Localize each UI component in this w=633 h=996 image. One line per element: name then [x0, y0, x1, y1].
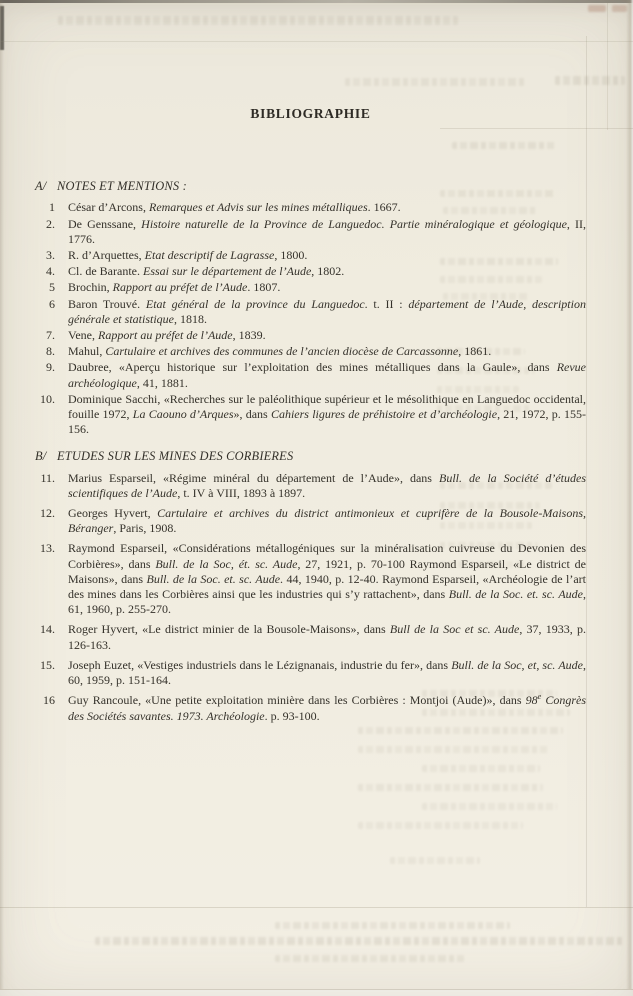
entry-text: Raymond Esparseil, «Considérations métal… — [68, 541, 586, 617]
bib-entry: 12.Georges Hyvert, Cartulaire et archive… — [35, 506, 586, 536]
entry-text: Cl. de Barante. Essai sur le département… — [68, 264, 586, 279]
bib-entry: 4.Cl. de Barante. Essai sur le départeme… — [35, 264, 586, 279]
bib-entry: 6Baron Trouvé. Etat général de la provin… — [35, 297, 586, 327]
bibliography-section: B/ETUDES SUR LES MINES DES CORBIERES11.M… — [35, 449, 586, 723]
bib-entry: 15.Joseph Euzet, «Vestiges industriels d… — [35, 658, 586, 688]
bleed-through-text — [358, 784, 543, 791]
entry-number: 13. — [35, 541, 55, 617]
page-title: BIBLIOGRAPHIE — [35, 106, 586, 121]
entry-text: Baron Trouvé. Etat général de la provinc… — [68, 297, 586, 327]
bib-entry: 11.Marius Esparseil, «Régime minéral du … — [35, 471, 586, 501]
entry-text: Georges Hyvert, Cartulaire et archives d… — [68, 506, 586, 536]
entry-number: 16 — [35, 693, 55, 723]
scan-right-edge — [626, 0, 633, 996]
entry-text: De Genssane, Histoire naturelle de la Pr… — [68, 217, 586, 247]
bib-entry: 16Guy Rancoule, «Une petite exploitation… — [35, 693, 586, 723]
entry-number: 2. — [35, 217, 55, 247]
bib-entry: 2.De Genssane, Histoire naturelle de la … — [35, 217, 586, 247]
section-label: B/ — [35, 449, 55, 464]
entry-text: Joseph Euzet, «Vestiges industriels dans… — [68, 658, 586, 688]
bleed-through-text — [58, 16, 458, 25]
section-title: ETUDES SUR LES MINES DES CORBIERES — [57, 449, 293, 463]
bib-entry: 10.Dominique Sacchi, «Recherches sur le … — [35, 392, 586, 438]
entry-number: 4. — [35, 264, 55, 279]
bib-entry: 13.Raymond Esparseil, «Considérations mé… — [35, 541, 586, 617]
bleed-through-footnote — [275, 955, 465, 962]
section-label: A/ — [35, 179, 55, 194]
entry-number: 6 — [35, 297, 55, 327]
entry-number: 10. — [35, 392, 55, 438]
entry-text: Marius Esparseil, «Régime minéral du dép… — [68, 471, 586, 501]
scan-top-edge — [0, 0, 633, 3]
bleed-rule-line — [0, 41, 633, 42]
bleed-through-text — [345, 78, 525, 86]
entry-text: César d’Arcons, Remarques et Advis sur l… — [68, 200, 586, 215]
bleed-through-mark — [588, 5, 606, 12]
bleed-rule-line — [586, 36, 587, 907]
entry-number: 8. — [35, 344, 55, 359]
bib-entry: 7.Vene, Rapport au préfet de l’Aude, 183… — [35, 328, 586, 343]
entry-text: Brochin, Rapport au préfet de l’Aude. 18… — [68, 280, 586, 295]
bib-entry: 8.Mahul, Cartulaire et archives des comm… — [35, 344, 586, 359]
entry-number: 14. — [35, 622, 55, 652]
bleed-through-text — [390, 857, 480, 864]
bleed-through-footnote — [275, 922, 510, 929]
bleed-through-footnote — [95, 937, 625, 945]
bib-entry: 5Brochin, Rapport au préfet de l’Aude. 1… — [35, 280, 586, 295]
entry-number: 15. — [35, 658, 55, 688]
section-heading: B/ETUDES SUR LES MINES DES CORBIERES — [35, 449, 586, 464]
bleed-through-mark — [612, 5, 627, 12]
entry-number: 7. — [35, 328, 55, 343]
bleed-through-text — [422, 765, 540, 772]
entry-text: Dominique Sacchi, «Recherches sur le pal… — [68, 392, 586, 438]
bib-entry: 14.Roger Hyvert, «Le district minier de … — [35, 622, 586, 652]
entry-text: Guy Rancoule, «Une petite exploitation m… — [68, 693, 586, 723]
bibliography-section: A/NOTES ET MENTIONS :1César d’Arcons, Re… — [35, 179, 586, 437]
section-heading: A/NOTES ET MENTIONS : — [35, 179, 586, 194]
entry-text: Daubree, «Aperçu historique sur l’exploi… — [68, 360, 586, 390]
entry-number: 3. — [35, 248, 55, 263]
entry-text: Vene, Rapport au préfet de l’Aude, 1839. — [68, 328, 586, 343]
entry-number: 12. — [35, 506, 55, 536]
section-title: NOTES ET MENTIONS : — [57, 179, 187, 193]
entry-text: R. d’Arquettes, Etat descriptif de Lagra… — [68, 248, 586, 263]
bleed-rule-line — [607, 3, 608, 130]
bleed-through-text — [555, 76, 625, 85]
bib-entry: 9.Daubree, «Aperçu historique sur l’expl… — [35, 360, 586, 390]
scanned-book-page: BIBLIOGRAPHIE A/NOTES ET MENTIONS :1Césa… — [0, 0, 633, 996]
bleed-rule-line — [0, 907, 633, 908]
entry-text: Roger Hyvert, «Le district minier de la … — [68, 622, 586, 652]
entry-number: 5 — [35, 280, 55, 295]
entry-text: Mahul, Cartulaire et archives des commun… — [68, 344, 586, 359]
bib-entry: 1César d’Arcons, Remarques et Advis sur … — [35, 200, 586, 215]
scan-bottom-edge — [0, 989, 633, 996]
bleed-through-text — [422, 803, 557, 810]
bleed-through-text — [358, 746, 550, 753]
bibliography-sections: A/NOTES ET MENTIONS :1César d’Arcons, Re… — [35, 179, 586, 724]
bibliography-content: BIBLIOGRAPHIE A/NOTES ET MENTIONS :1Césa… — [35, 106, 586, 729]
bib-entry: 3.R. d’Arquettes, Etat descriptif de Lag… — [35, 248, 586, 263]
entry-number: 9. — [35, 360, 55, 390]
bleed-through-text — [358, 822, 523, 829]
entry-number: 1 — [35, 200, 55, 215]
entry-number: 11. — [35, 471, 55, 501]
scan-left-edge — [0, 0, 4, 996]
